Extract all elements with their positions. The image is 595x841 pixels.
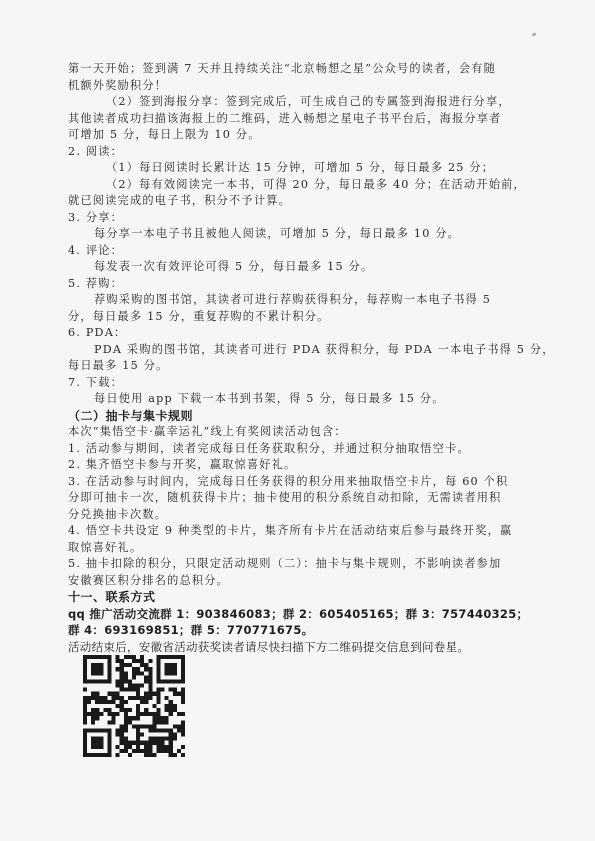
text-line: （2）每有效阅读完一本书，可得 20 分，每日最多 40 分；在活动开始前， (68, 177, 493, 194)
text-line: （1）每日阅读时长累计达 15 分钟，可增加 5 分，每日最多 25 分； (68, 160, 493, 177)
text-line: 5. 荐购： (68, 276, 493, 293)
text-line: 每分享一本电子书且被他人阅读，可增加 5 分，每日最多 10 分。 (68, 226, 493, 243)
text-line: 取惊喜好礼。 (68, 540, 493, 557)
text-line: PDA 采购的图书馆，其读者可进行 PDA 获得积分，每 PDA 一本电子书得 … (68, 342, 493, 359)
document-body: 第一天开始；签到满 7 天并且持续关注“北京畅想之星”公众号的读者，会有随机额外… (68, 61, 493, 655)
text-line: 1. 活动参与期间，读者完成每日任务获取积分，并通过积分抽取悟空卡。 (68, 441, 493, 458)
text-line: 分，每日最多 15 分，重复荐购的不累计积分。 (68, 309, 493, 326)
text-line: （2）签到海报分享：签到完成后，可生成自己的专属签到海报进行分享， (68, 94, 493, 111)
text-line: 荐购采购的图书馆，其读者可进行荐购获得积分，每荐购一本电子书得 5 (68, 292, 493, 309)
scan-speck (532, 32, 537, 37)
text-line: 3. 在活动参与时间内，完成每日任务获得的积分用来抽取悟空卡片，每 60 个积 (68, 474, 493, 491)
text-line: 本次“集悟空卡·赢幸运礼”线上有奖阅读活动包含： (68, 424, 493, 441)
text-line: 每日最多 15 分。 (68, 358, 493, 375)
text-line: 每日使用 app 下载一本书到书架，得 5 分，每日最多 15 分。 (68, 391, 493, 408)
qr-code-image (83, 655, 185, 757)
text-line: 其他读者成功扫描该海报上的二维码，进入畅想之星电子书平台后，海报分享者 (68, 111, 493, 128)
text-line: 可增加 5 分，每日上限为 10 分。 (68, 127, 493, 144)
text-line: 4. 悟空卡共设定 9 种类型的卡片，集齐所有卡片在活动结束后参与最终开奖，赢 (68, 523, 493, 540)
text-line: 机额外奖励积分！ (68, 78, 493, 95)
text-line: 5. 抽卡扣除的积分，只限定活动规则（二）：抽卡与集卡规则，不影响读者参加 (68, 556, 493, 573)
text-line: 6. PDA： (68, 325, 493, 342)
section-heading: （二）抽卡与集卡规则 (68, 408, 493, 425)
text-line: 每发表一次有效评论可得 5 分，每日最多 15 分。 (68, 259, 493, 276)
text-line: 7. 下载： (68, 375, 493, 392)
text-line: 就已阅读完成的电子书，积分不予计算。 (68, 193, 493, 210)
text-line: 3. 分享： (68, 210, 493, 227)
text-line: 分即可抽卡一次，随机获得卡片；抽卡使用的积分系统自动扣除，无需读者用积 (68, 490, 493, 507)
text-line: 2. 阅读： (68, 144, 493, 161)
text-line: 安徽赛区积分排名的总积分。 (68, 573, 493, 590)
text-line: 活动结束后，安徽省活动获奖读者请尽快扫描下方二维码提交信息到问卷星。 (68, 639, 493, 656)
text-line: 第一天开始；签到满 7 天并且持续关注“北京畅想之星”公众号的读者，会有随 (68, 61, 493, 78)
text-line: 2. 集齐悟空卡参与开奖，赢取惊喜好礼。 (68, 457, 493, 474)
text-line: qq 推广活动交流群 1：903846083；群 2：605405165；群 3… (68, 606, 493, 623)
section-heading: 十一、联系方式 (68, 589, 493, 606)
text-line: 群 4：693169851；群 5：770771675。 (68, 622, 493, 639)
text-line: 分兑换抽卡次数。 (68, 507, 493, 524)
text-line: 4. 评论： (68, 243, 493, 260)
